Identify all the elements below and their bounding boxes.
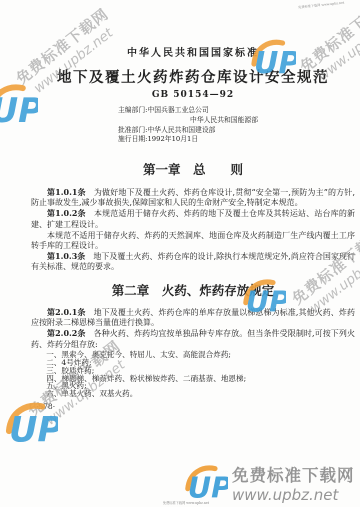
- paragraph: 第2.0.2条 各种火药、炸药均宜按单独品种专库存放。但当条件受限制时,可按下列…: [31, 328, 355, 349]
- standard-code: GB 50154—92: [30, 90, 356, 100]
- chapter1-body: 第1.0.1条 为做好地下及覆土火药、炸药仓库设计,贯彻“安全第一,预防为主”的…: [31, 187, 355, 273]
- scanned-standard-page: 中华人民共和国国家标准 地下及覆土火药炸药仓库设计安全规范 GB 50154—9…: [0, 0, 360, 507]
- clause-number: 第2.0.1条: [47, 307, 94, 317]
- standard-label: 中华人民共和国国家标准: [30, 44, 356, 59]
- document-title: 地下及覆土火药炸药仓库设计安全规范: [30, 66, 356, 87]
- chapter2-heading: 第二章 火药、炸药存放规定: [30, 281, 356, 299]
- explosive-group-list: 一、黑索今、奥克托今、特屈儿、太安、高能混合炸药; 二、4号炸药; 三、胶质炸药…: [31, 351, 355, 398]
- paragraph: 第1.0.3条 地下及覆土火药、炸药仓库的设计,除执行本规范规定外,尚应符合国家…: [31, 251, 355, 272]
- meta-effective-date: 施行日期:1992年10月1日: [118, 135, 258, 145]
- clause-number: 第2.0.2条: [47, 328, 94, 338]
- meta-approver: 批准部门:中华人民共和国建设部: [118, 126, 258, 136]
- chapter2-body: 第2.0.1条 地下及覆土火药、炸药仓库的单库存放量以梯恩梯为标准,其他火药、炸…: [31, 307, 355, 398]
- paragraph: 第1.0.1条 为做好地下及覆土火药、炸药仓库设计,贯彻“安全第一,预防为主”的…: [31, 187, 355, 208]
- paragraph: 第1.0.2条 本规范适用于储存火药、炸药的地下及覆土仓库及其转运站、站台库的新…: [31, 208, 355, 229]
- page-number: ·578·: [36, 402, 55, 411]
- meta-chief-editor-2: 中华人民共和国能源部: [118, 116, 258, 126]
- chapter1-heading: 第一章 总 则: [30, 160, 356, 178]
- clause-number: 第1.0.2条: [47, 208, 94, 218]
- paragraph: 本规范不适用于储存火药、炸药的天然洞库、地面仓库及火药制造厂生产线内覆土工序转手…: [31, 230, 355, 251]
- editorial-meta-block: 主编部门:中国兵器工业总公司 中华人民共和国能源部 批准部门:中华人民共和国建设…: [118, 106, 258, 145]
- list-item: 六、单基火药、双基火药。: [31, 390, 355, 398]
- clause-text: 本规范不适用于储存火药、炸药的天然洞库、地面仓库及火药制造厂生产线内覆土工序转手…: [31, 231, 355, 250]
- document-content: 中华人民共和国国家标准 地下及覆土火药炸药仓库设计安全规范 GB 50154—9…: [0, 0, 360, 507]
- clause-number: 第1.0.1条: [47, 187, 94, 197]
- paragraph: 第2.0.1条 地下及覆土火药、炸药仓库的单库存放量以梯恩梯为标准,其他火药、炸…: [31, 307, 355, 328]
- clause-number: 第1.0.3条: [47, 251, 93, 261]
- meta-chief-editor: 主编部门:中国兵器工业总公司: [118, 106, 258, 116]
